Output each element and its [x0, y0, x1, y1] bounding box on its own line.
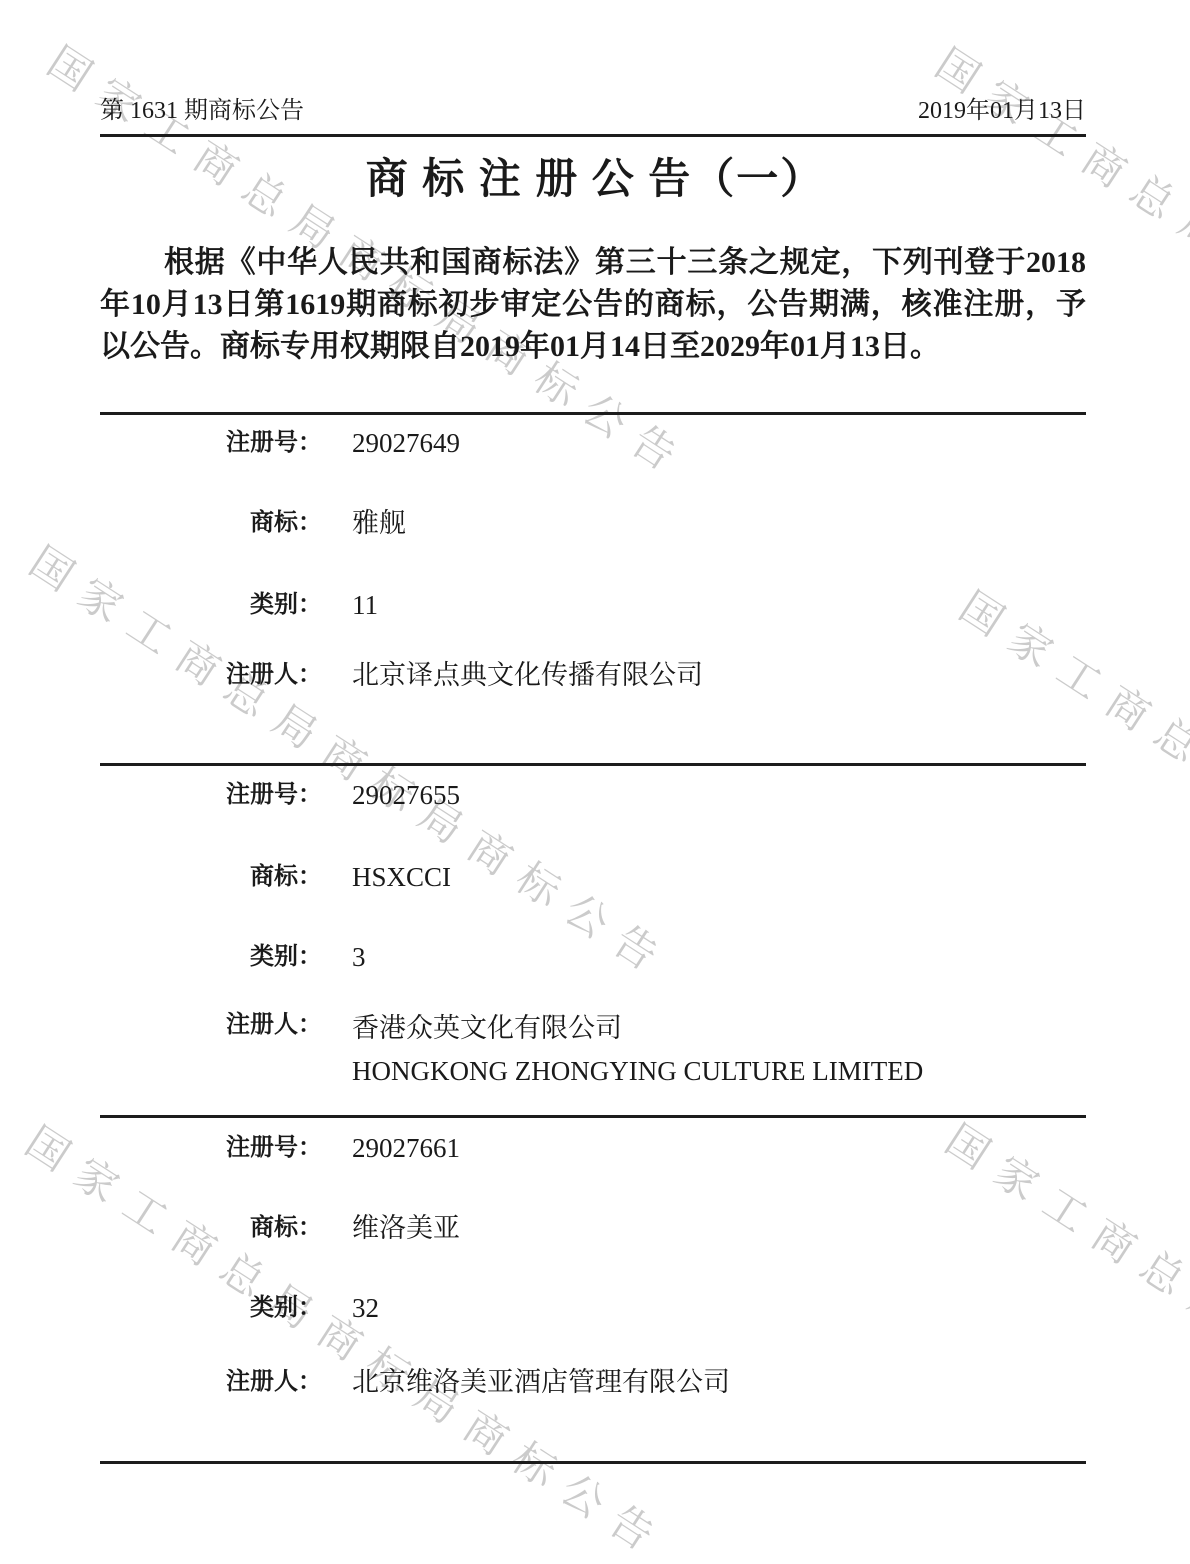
field-label: 商标：	[100, 505, 322, 541]
field-label: 注册人：	[100, 657, 322, 693]
field-label: 类别：	[100, 939, 322, 975]
field-label: 商标：	[100, 1210, 322, 1246]
field-label: 类别：	[100, 587, 322, 623]
field-value: 11	[352, 587, 378, 623]
field-label: 类别：	[100, 1290, 322, 1326]
entry1-registrant-row: 注册人： 北京译点典文化传播有限公司	[100, 657, 1086, 693]
watermark-text: 国家工商总局商标局商标公告	[935, 1108, 1190, 1564]
field-value: 雅舰	[352, 505, 406, 541]
entry1-trademark-row: 商标： 雅舰	[100, 505, 1086, 541]
field-label: 注册号：	[100, 777, 322, 813]
field-value: 香港众英文化有限公司 HONGKONG ZHONGYING CULTURE LI…	[352, 1007, 923, 1093]
bottom-rule	[100, 1461, 1086, 1464]
document-page: 国家工商总局商标局商标公告 国家工商总局商标局商标公告 国家工商总局商标局商标公…	[0, 0, 1190, 1564]
field-label: 注册号：	[100, 1130, 322, 1166]
field-label: 注册人：	[100, 1364, 322, 1400]
field-label: 注册号：	[100, 425, 322, 461]
entry1-category-row: 类别： 11	[100, 587, 1086, 623]
header-rule	[100, 134, 1086, 137]
separator-line	[100, 1115, 1086, 1118]
watermark-text: 国家工商总局商标局商标公告	[15, 1110, 680, 1564]
entry1-reg-no-row: 注册号： 29027649	[100, 425, 1086, 461]
field-value: 29027661	[352, 1130, 460, 1166]
separator-line	[100, 412, 1086, 415]
entry3-reg-no-row: 注册号： 29027661	[100, 1130, 1086, 1166]
field-value: 维洛美亚	[352, 1210, 460, 1246]
registrant-en: HONGKONG ZHONGYING CULTURE LIMITED	[352, 1050, 923, 1093]
field-value: HSXCCI	[352, 859, 451, 895]
field-label: 注册人：	[100, 1007, 322, 1043]
header-date: 2019年01月13日	[918, 96, 1086, 126]
field-value: 29027655	[352, 777, 460, 813]
field-value: 32	[352, 1290, 379, 1326]
entry2-registrant-row: 注册人： 香港众英文化有限公司 HONGKONG ZHONGYING CULTU…	[100, 1007, 1086, 1093]
field-value: 北京译点典文化传播有限公司	[352, 657, 703, 693]
field-value: 北京维洛美亚酒店管理有限公司	[352, 1364, 730, 1400]
entry2-trademark-row: 商标： HSXCCI	[100, 859, 1086, 895]
registrant-cn: 香港众英文化有限公司	[352, 1007, 923, 1050]
field-value: 29027649	[352, 425, 460, 461]
entry2-category-row: 类别： 3	[100, 939, 1086, 975]
entry2-reg-no-row: 注册号： 29027655	[100, 777, 1086, 813]
header-issue-number: 第 1631 期商标公告	[100, 96, 304, 126]
entry3-registrant-row: 注册人： 北京维洛美亚酒店管理有限公司	[100, 1364, 1086, 1400]
field-value: 3	[352, 939, 366, 975]
entry3-trademark-row: 商标： 维洛美亚	[100, 1210, 1086, 1246]
entry3-category-row: 类别： 32	[100, 1290, 1086, 1326]
page-title: 商 标 注 册 公 告（一）	[0, 146, 1190, 206]
field-label: 商标：	[100, 859, 322, 895]
intro-paragraph: 根据《中华人民共和国商标法》第三十三条之规定，下列刊登于2018年10月13日第…	[100, 242, 1086, 368]
separator-line	[100, 763, 1086, 766]
